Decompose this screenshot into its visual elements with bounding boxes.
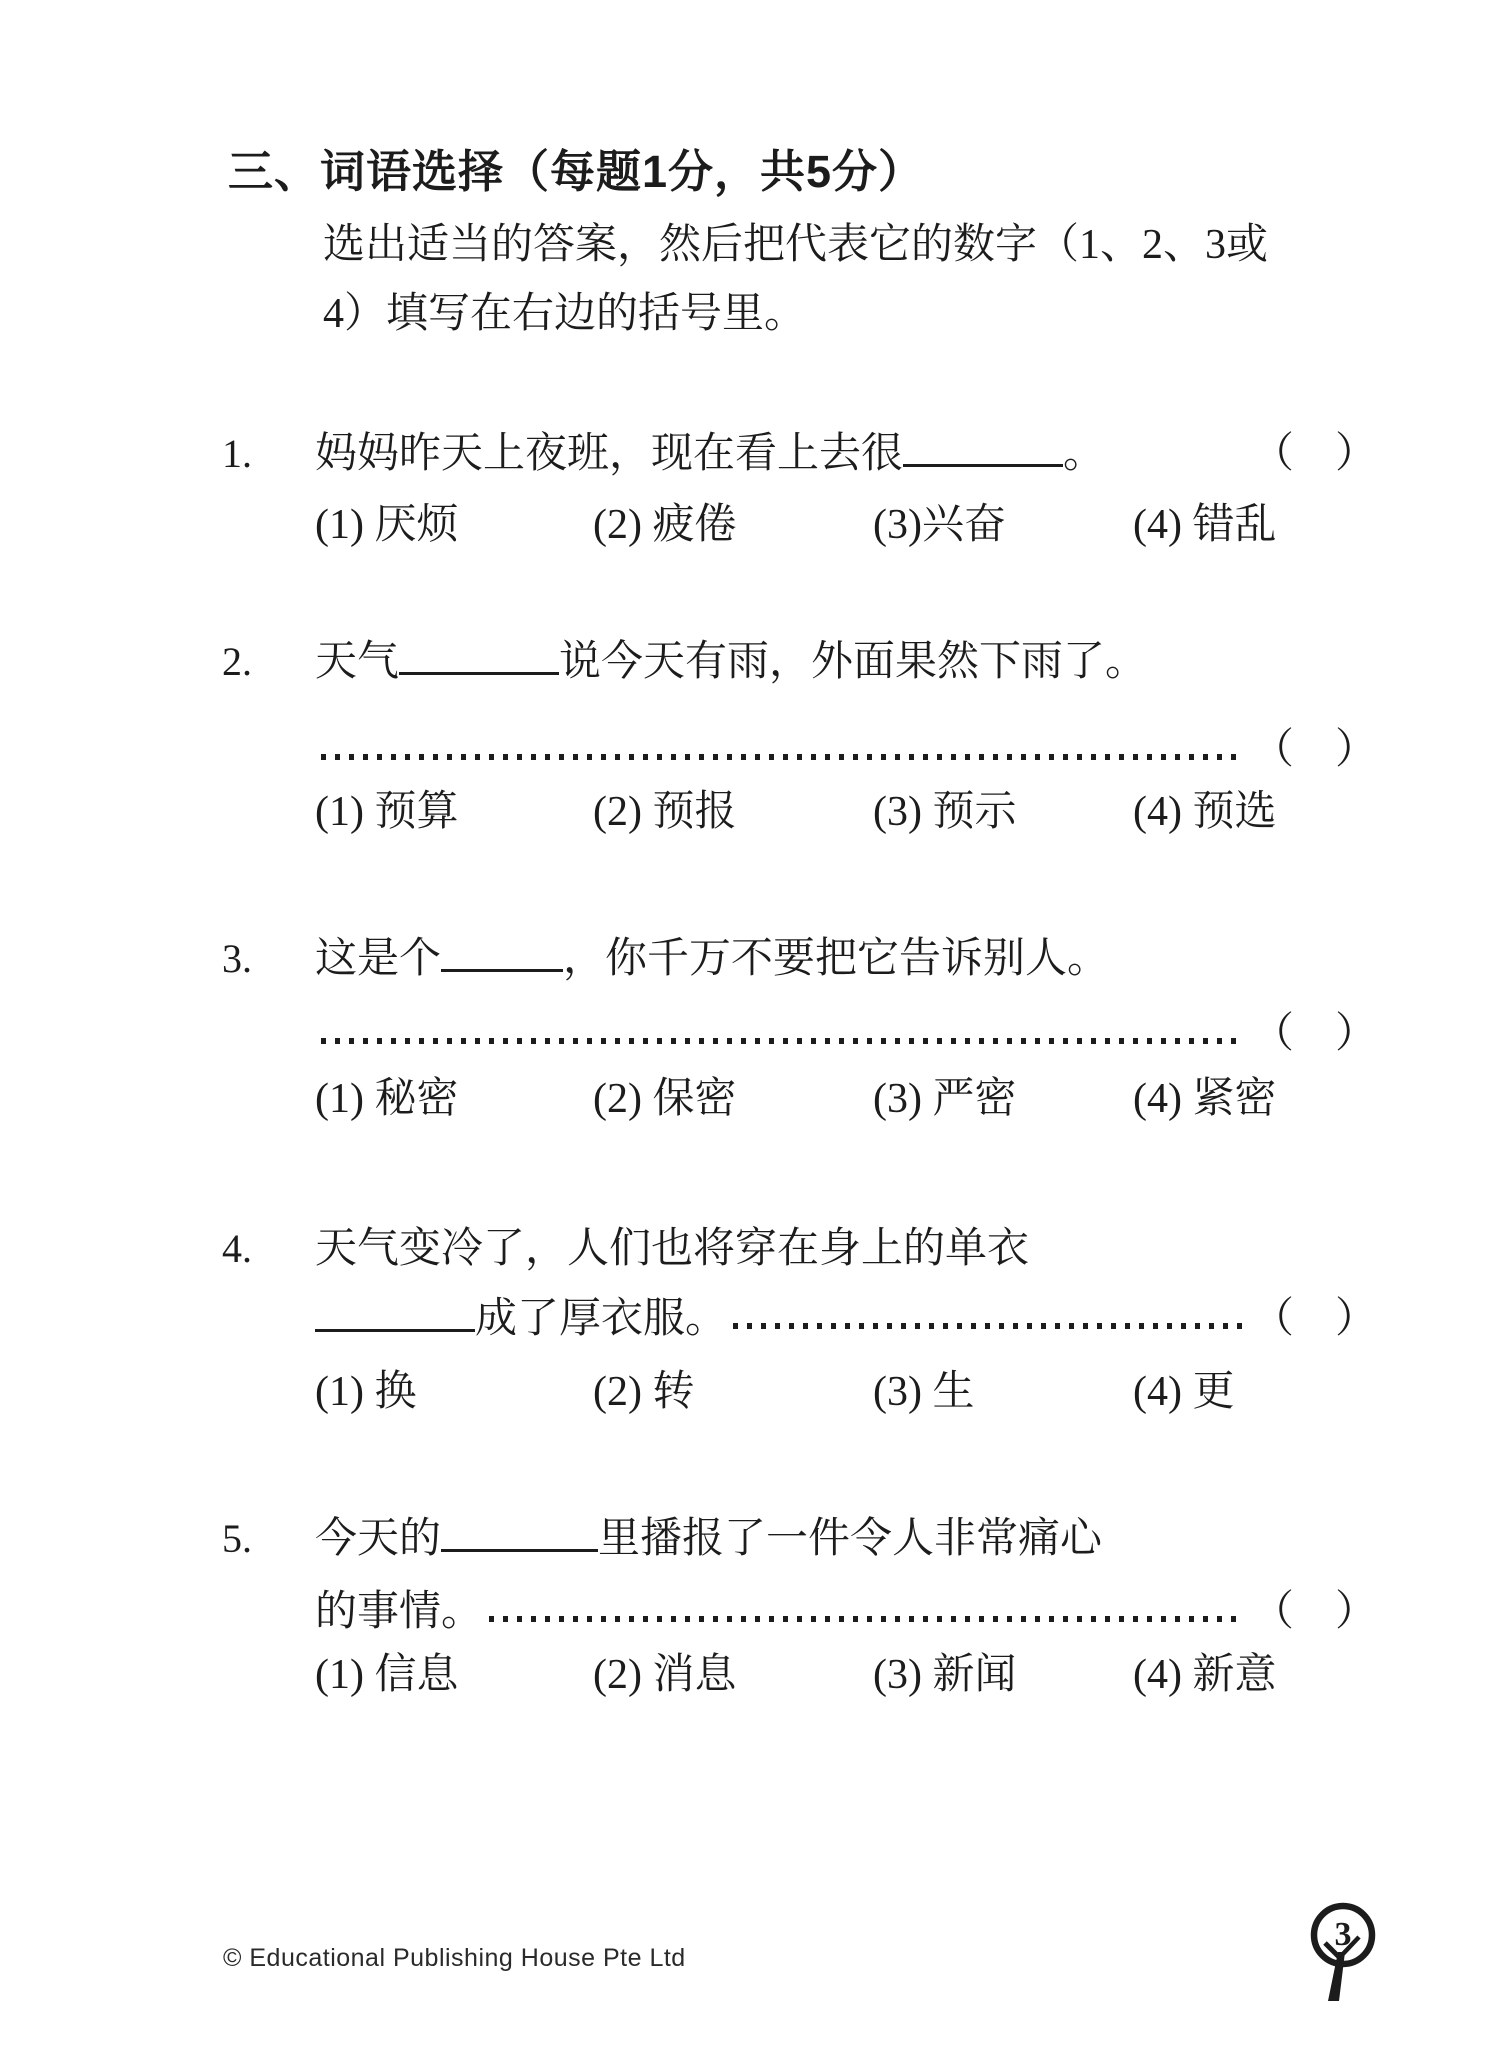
option-item: (2) 预报	[593, 787, 873, 837]
question-text-end: 里播报了一件令人非常痛心	[598, 1513, 1102, 1565]
close-paren: ）	[1335, 1293, 1377, 1345]
page-number-tree-icon: 3	[1304, 1894, 1380, 2006]
question-text: 今天的	[315, 1513, 441, 1565]
leader-row: （ ）	[315, 1008, 1377, 1060]
option-item: (1) 秘密	[315, 1074, 593, 1124]
open-paren: （	[1252, 1293, 1294, 1345]
open-paren: （	[1252, 1008, 1294, 1060]
options-row: (1) 信息 (2) 消息 (3) 新闻 (4) 新意	[315, 1650, 1276, 1700]
dotted-leader	[321, 1038, 1242, 1044]
instruction-line-1: 选出适当的答案，然后把代表它的数字（1、2、3或	[323, 220, 1268, 270]
section-title: 三、词语选择（每题1分，共5分）	[228, 146, 924, 198]
options-row: (1) 秘密 (2) 保密 (3) 严密 (4) 紧密	[315, 1074, 1276, 1124]
open-paren: （	[1252, 724, 1294, 776]
question-text: 天气变冷了，人们也将穿在身上的单衣	[315, 1223, 1029, 1275]
answer-bracket: （ ）	[1252, 724, 1377, 776]
question-number: 1.	[222, 428, 315, 480]
question-number: 2.	[222, 636, 315, 688]
answer-bracket: （ ）	[1252, 428, 1377, 480]
option-item: (3) 预示	[873, 787, 1133, 837]
question-text-end: 说今天有雨，外面果然下雨了。	[559, 636, 1147, 688]
options-row: (1) 厌烦 (2) 疲倦 (3)兴奋 (4) 错乱	[315, 500, 1276, 550]
option-item: (2) 消息	[593, 1650, 873, 1700]
answer-blank	[441, 1545, 598, 1552]
question-text: 天气	[315, 636, 399, 688]
question-row: 4. 天气变冷了，人们也将穿在身上的单衣	[222, 1223, 1377, 1275]
question-number: 4.	[222, 1223, 315, 1275]
option-item: (1) 换	[315, 1367, 593, 1417]
close-paren: ）	[1335, 1586, 1377, 1638]
question-text: 这是个	[315, 933, 441, 985]
open-paren: （	[1252, 1586, 1294, 1638]
question-row: 1. 妈妈昨天上夜班，现在看上去很 。 （ ）	[222, 428, 1377, 480]
option-item: (2) 转	[593, 1367, 873, 1417]
option-item: (3)兴奋	[873, 500, 1133, 550]
answer-bracket: （ ）	[1252, 1586, 1377, 1638]
question-row-continued: 成了厚衣服。 （ ）	[315, 1293, 1377, 1345]
answer-blank	[903, 460, 1063, 467]
question-row-continued: 的事情。 （ ）	[315, 1586, 1377, 1638]
option-item: (4) 预选	[1133, 787, 1276, 837]
question-text: 的事情。	[315, 1586, 483, 1638]
option-item: (4) 更	[1133, 1367, 1234, 1417]
option-item: (1) 预算	[315, 787, 593, 837]
option-item: (2) 疲倦	[593, 500, 873, 550]
option-item: (1) 厌烦	[315, 500, 593, 550]
option-item: (3) 生	[873, 1367, 1133, 1417]
answer-blank	[441, 965, 563, 972]
dotted-leader	[489, 1616, 1242, 1622]
answer-bracket: （ ）	[1252, 1293, 1377, 1345]
instruction-line-2: 4）填写在右边的括号里。	[323, 289, 806, 339]
question-text-end: 。	[1063, 428, 1105, 480]
question-number: 5.	[222, 1513, 315, 1565]
dotted-leader	[321, 754, 1242, 760]
answer-blank	[315, 1325, 475, 1332]
open-paren: （	[1252, 428, 1294, 480]
option-item: (4) 新意	[1133, 1650, 1276, 1700]
leader-row: （ ）	[315, 724, 1377, 776]
question-row: 2. 天气 说今天有雨，外面果然下雨了。	[222, 636, 1377, 688]
close-paren: ）	[1335, 1008, 1377, 1060]
option-item: (4) 错乱	[1133, 500, 1276, 550]
question-text-end: 成了厚衣服。	[475, 1293, 727, 1345]
option-item: (3) 新闻	[873, 1650, 1133, 1700]
option-item: (2) 保密	[593, 1074, 873, 1124]
answer-bracket: （ ）	[1252, 1008, 1377, 1060]
question-text-end: ，你千万不要把它告诉别人。	[563, 933, 1109, 985]
options-row: (1) 换 (2) 转 (3) 生 (4) 更	[315, 1367, 1234, 1417]
page-number: 3	[1335, 1916, 1352, 1953]
question-number: 3.	[222, 933, 315, 985]
close-paren: ）	[1335, 428, 1377, 480]
worksheet-page: 三、词语选择（每题1分，共5分） 选出适当的答案，然后把代表它的数字（1、2、3…	[0, 0, 1501, 2052]
answer-blank	[399, 668, 559, 675]
close-paren: ）	[1335, 724, 1377, 776]
question-row: 3. 这是个 ，你千万不要把它告诉别人。	[222, 933, 1377, 985]
option-item: (3) 严密	[873, 1074, 1133, 1124]
footer-copyright: © Educational Publishing House Pte Ltd	[223, 1944, 686, 1973]
question-row: 5. 今天的 里播报了一件令人非常痛心	[222, 1513, 1377, 1565]
option-item: (1) 信息	[315, 1650, 593, 1700]
options-row: (1) 预算 (2) 预报 (3) 预示 (4) 预选	[315, 787, 1276, 837]
dotted-leader	[733, 1323, 1242, 1329]
question-text: 妈妈昨天上夜班，现在看上去很	[315, 428, 903, 480]
option-item: (4) 紧密	[1133, 1074, 1276, 1124]
